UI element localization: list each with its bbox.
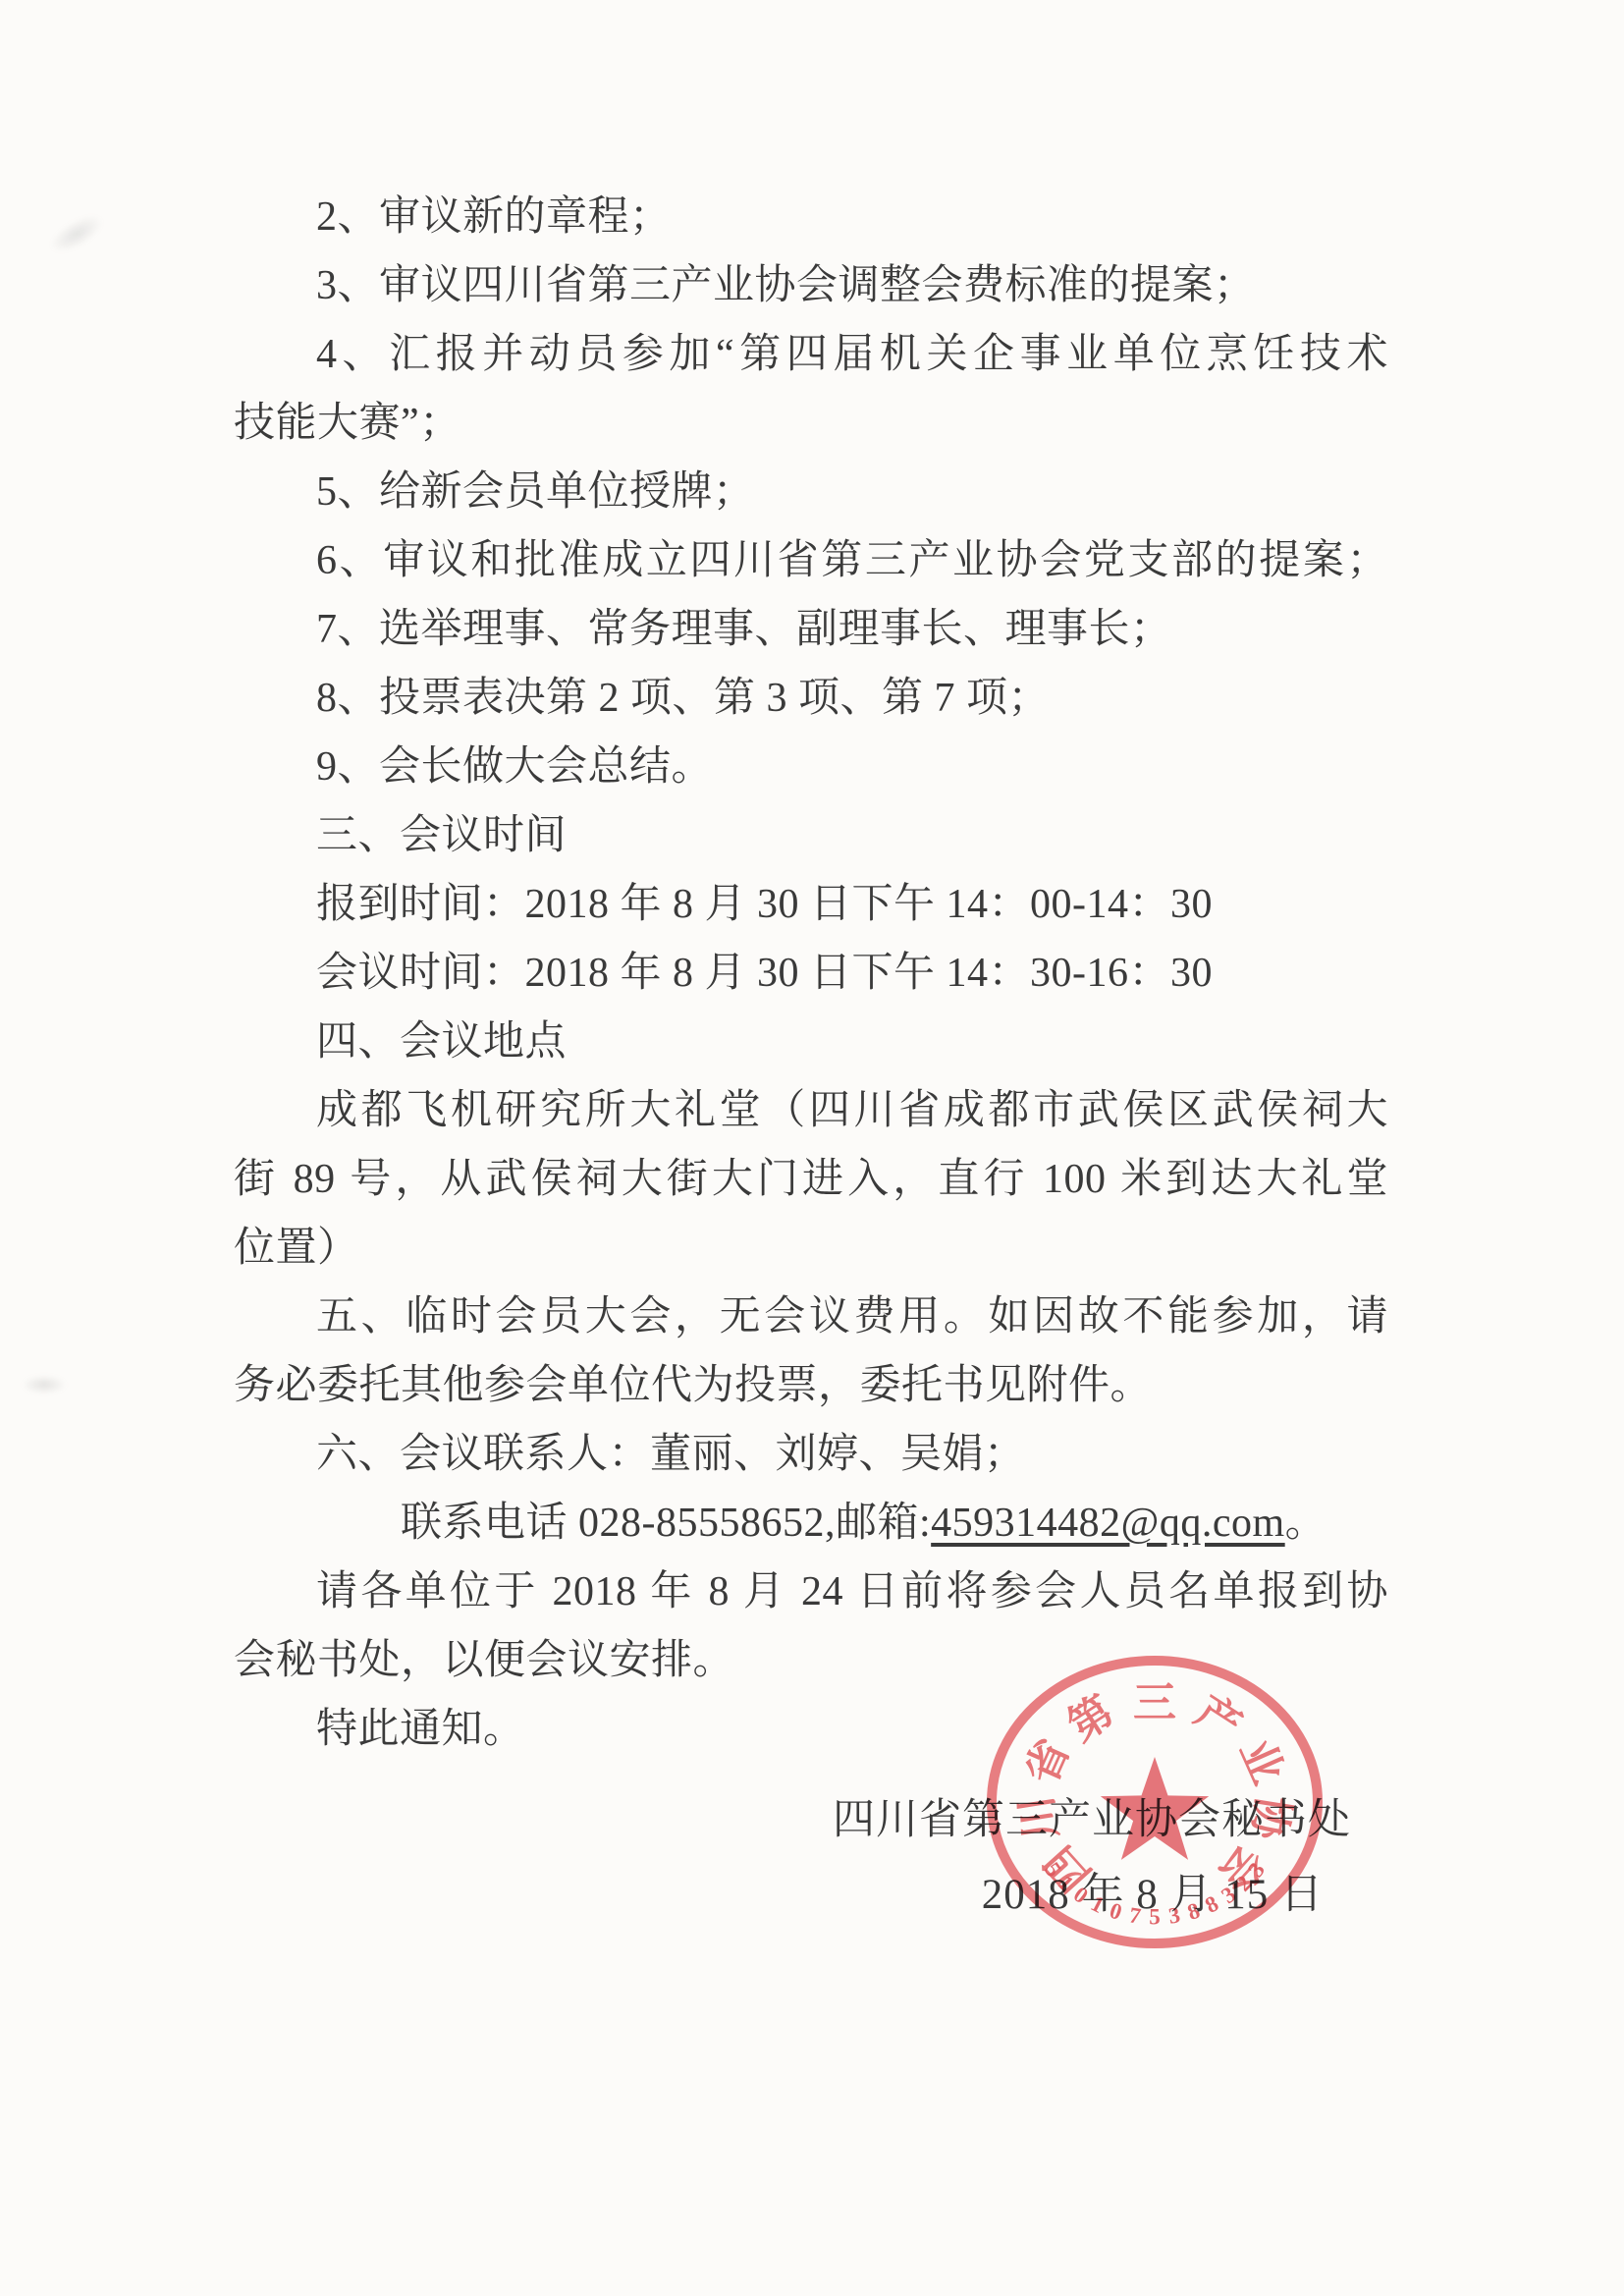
contact-detail-line: 联系电话 028-85558652,邮箱:459314482@qq.com。 xyxy=(234,1489,1388,1558)
section-fee-line-1: 五、临时会员大会，无会议费用。如因故不能参加，请 xyxy=(234,1283,1388,1351)
agenda-item-8: 8、投票表决第 2 项、第 3 项、第 7 项； xyxy=(234,664,1388,733)
agenda-item-2: 2、审议新的章程； xyxy=(234,183,1388,251)
contact-suffix: 。 xyxy=(1285,1501,1327,1546)
agenda-item-7: 7、选举理事、常务理事、副理事长、理事长； xyxy=(234,595,1388,664)
venue-line-1: 成都飞机研究所大礼堂（四川省成都市武侯区武侯祠大 xyxy=(234,1076,1388,1145)
contact-email: 459314482@qq.com xyxy=(931,1501,1285,1546)
scanned-notice-page: 2、审议新的章程； 3、审议四川省第三产业协会调整会费标准的提案； 4、汇报并动… xyxy=(0,0,1624,2296)
signature-date: 2018 年 8 月 15 日 xyxy=(982,1864,1324,1927)
section-meeting-place: 四、会议地点 xyxy=(234,1008,1388,1076)
agenda-item-3: 3、审议四川省第三产业协会调整会费标准的提案； xyxy=(234,251,1388,320)
notice-body: 2、审议新的章程； 3、审议四川省第三产业协会调整会费标准的提案； 4、汇报并动… xyxy=(234,183,1388,1764)
scan-smudge xyxy=(45,208,109,260)
section-meeting-time: 三、会议时间 xyxy=(234,801,1388,870)
contact-phone-text: 联系电话 028-85558652,邮箱: xyxy=(401,1501,931,1546)
section-contacts: 六、会议联系人：董丽、刘婷、吴娟； xyxy=(234,1420,1388,1489)
agenda-item-9: 9、会长做大会总结。 xyxy=(234,733,1388,801)
scan-smudge xyxy=(22,1375,67,1394)
agenda-item-4: 4、汇报并动员参加“第四届机关企事业单位烹饪技术 xyxy=(234,320,1388,389)
deadline-line-1: 请各单位于 2018 年 8 月 24 日前将参会人员名单报到协 xyxy=(234,1558,1388,1626)
venue-line-2: 街 89 号，从武侯祠大街大门进入，直行 100 米到达大礼堂 xyxy=(234,1145,1388,1214)
agenda-item-5: 5、给新会员单位授牌； xyxy=(234,458,1388,526)
venue-line-3: 位置） xyxy=(234,1214,1388,1283)
closing-notice: 特此通知。 xyxy=(234,1695,1388,1764)
agenda-item-4-cont: 技能大赛”； xyxy=(234,389,1388,458)
agenda-item-6: 6、审议和批准成立四川省第三产业协会党支部的提案； xyxy=(234,526,1388,595)
meeting-time: 会议时间：2018 年 8 月 30 日下午 14：30-16：30 xyxy=(234,939,1388,1008)
signature-org: 四川省第三产业协会秘书处 xyxy=(833,1789,1351,1852)
section-fee-line-2: 务必委托其他参会单位代为投票，委托书见附件。 xyxy=(234,1351,1388,1420)
checkin-time: 报到时间：2018 年 8 月 30 日下午 14：00-14：30 xyxy=(234,870,1388,939)
deadline-line-2: 会秘书处，以便会议安排。 xyxy=(234,1626,1388,1695)
